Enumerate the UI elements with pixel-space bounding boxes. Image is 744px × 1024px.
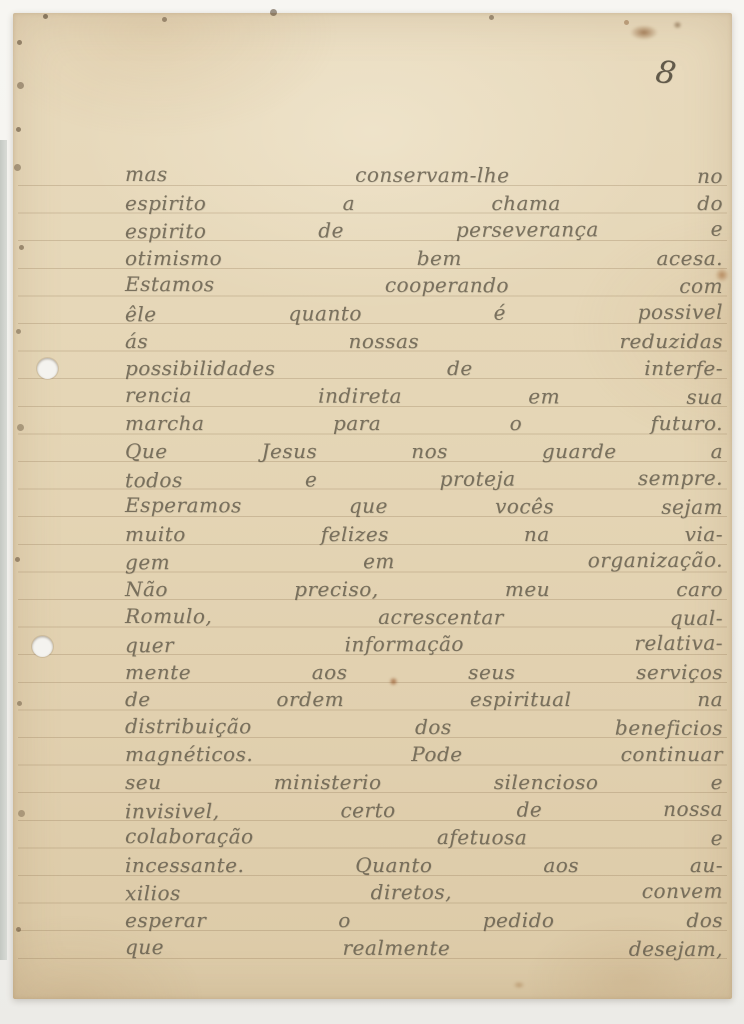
handwritten-line: Romulo, acrescentar qual-: [125, 601, 723, 631]
handwritten-line: seu ministerio silencioso e: [125, 768, 723, 796]
page-number: 8: [653, 54, 678, 93]
handwritten-line: quer informação relativa-: [125, 629, 723, 659]
handwritten-line: rencia indireta em sua: [125, 381, 723, 411]
handwritten-line: mente aos seus serviços: [125, 658, 723, 686]
handwritten-line: mas conservam-lhe no: [125, 160, 723, 190]
handwriting-block: mas conservam-lhe no espirito a chama do…: [125, 161, 723, 961]
handwritten-line: de ordem espiritual na: [125, 685, 723, 713]
handwritten-line: gem em organização.: [125, 546, 723, 576]
stain: [513, 981, 525, 989]
stain: [673, 21, 682, 29]
scanned-document: 8 mas conservam-lhe no espirito a chama …: [0, 0, 744, 1024]
handwritten-line: espirito de perseverança e: [125, 215, 723, 245]
handwritten-line: colaboração afetuosa e: [125, 822, 723, 852]
handwritten-line: magnéticos. Pode continuar: [125, 740, 723, 768]
paper-sheet: 8 mas conservam-lhe no espirito a chama …: [13, 13, 732, 999]
handwritten-line: Que Jesus nos guarde a: [125, 437, 723, 465]
handwritten-line: muito felizes na via-: [125, 520, 723, 548]
stain: [630, 25, 658, 40]
handwritten-line: que realmente desejam,: [125, 933, 723, 963]
hole-punch: [37, 358, 58, 379]
hole-punch: [32, 636, 53, 657]
handwritten-line: xilios diretos, convem: [125, 877, 723, 907]
handwritten-line: ás nossas reduzidas: [125, 327, 723, 355]
handwritten-line: esperar o pedido dos: [125, 906, 723, 934]
handwritten-line: incessante. Quanto aos au-: [125, 851, 723, 879]
handwritten-line: todos e proteja sempre.: [125, 463, 723, 493]
scanner-edge-strip: [0, 140, 7, 960]
handwritten-line: Estamos cooperando com: [125, 270, 723, 300]
handwritten-line: Esperamos que vocês sejam: [125, 491, 723, 521]
handwritten-line: possibilidades de interfe-: [125, 354, 723, 382]
handwritten-line: distribuição dos beneficios: [125, 712, 723, 742]
handwritten-line: otimismo bem acesa.: [125, 244, 723, 272]
edge-foxing-specks: [13, 13, 16, 16]
handwritten-line: Não preciso, meu caro: [125, 575, 723, 603]
handwritten-line: invisivel, certo de nossa: [125, 794, 723, 824]
handwritten-line: marcha para o futuro.: [125, 409, 723, 437]
handwritten-line: espirito a chama do: [125, 189, 723, 217]
handwritten-line: êle quanto é possivel: [125, 298, 723, 328]
